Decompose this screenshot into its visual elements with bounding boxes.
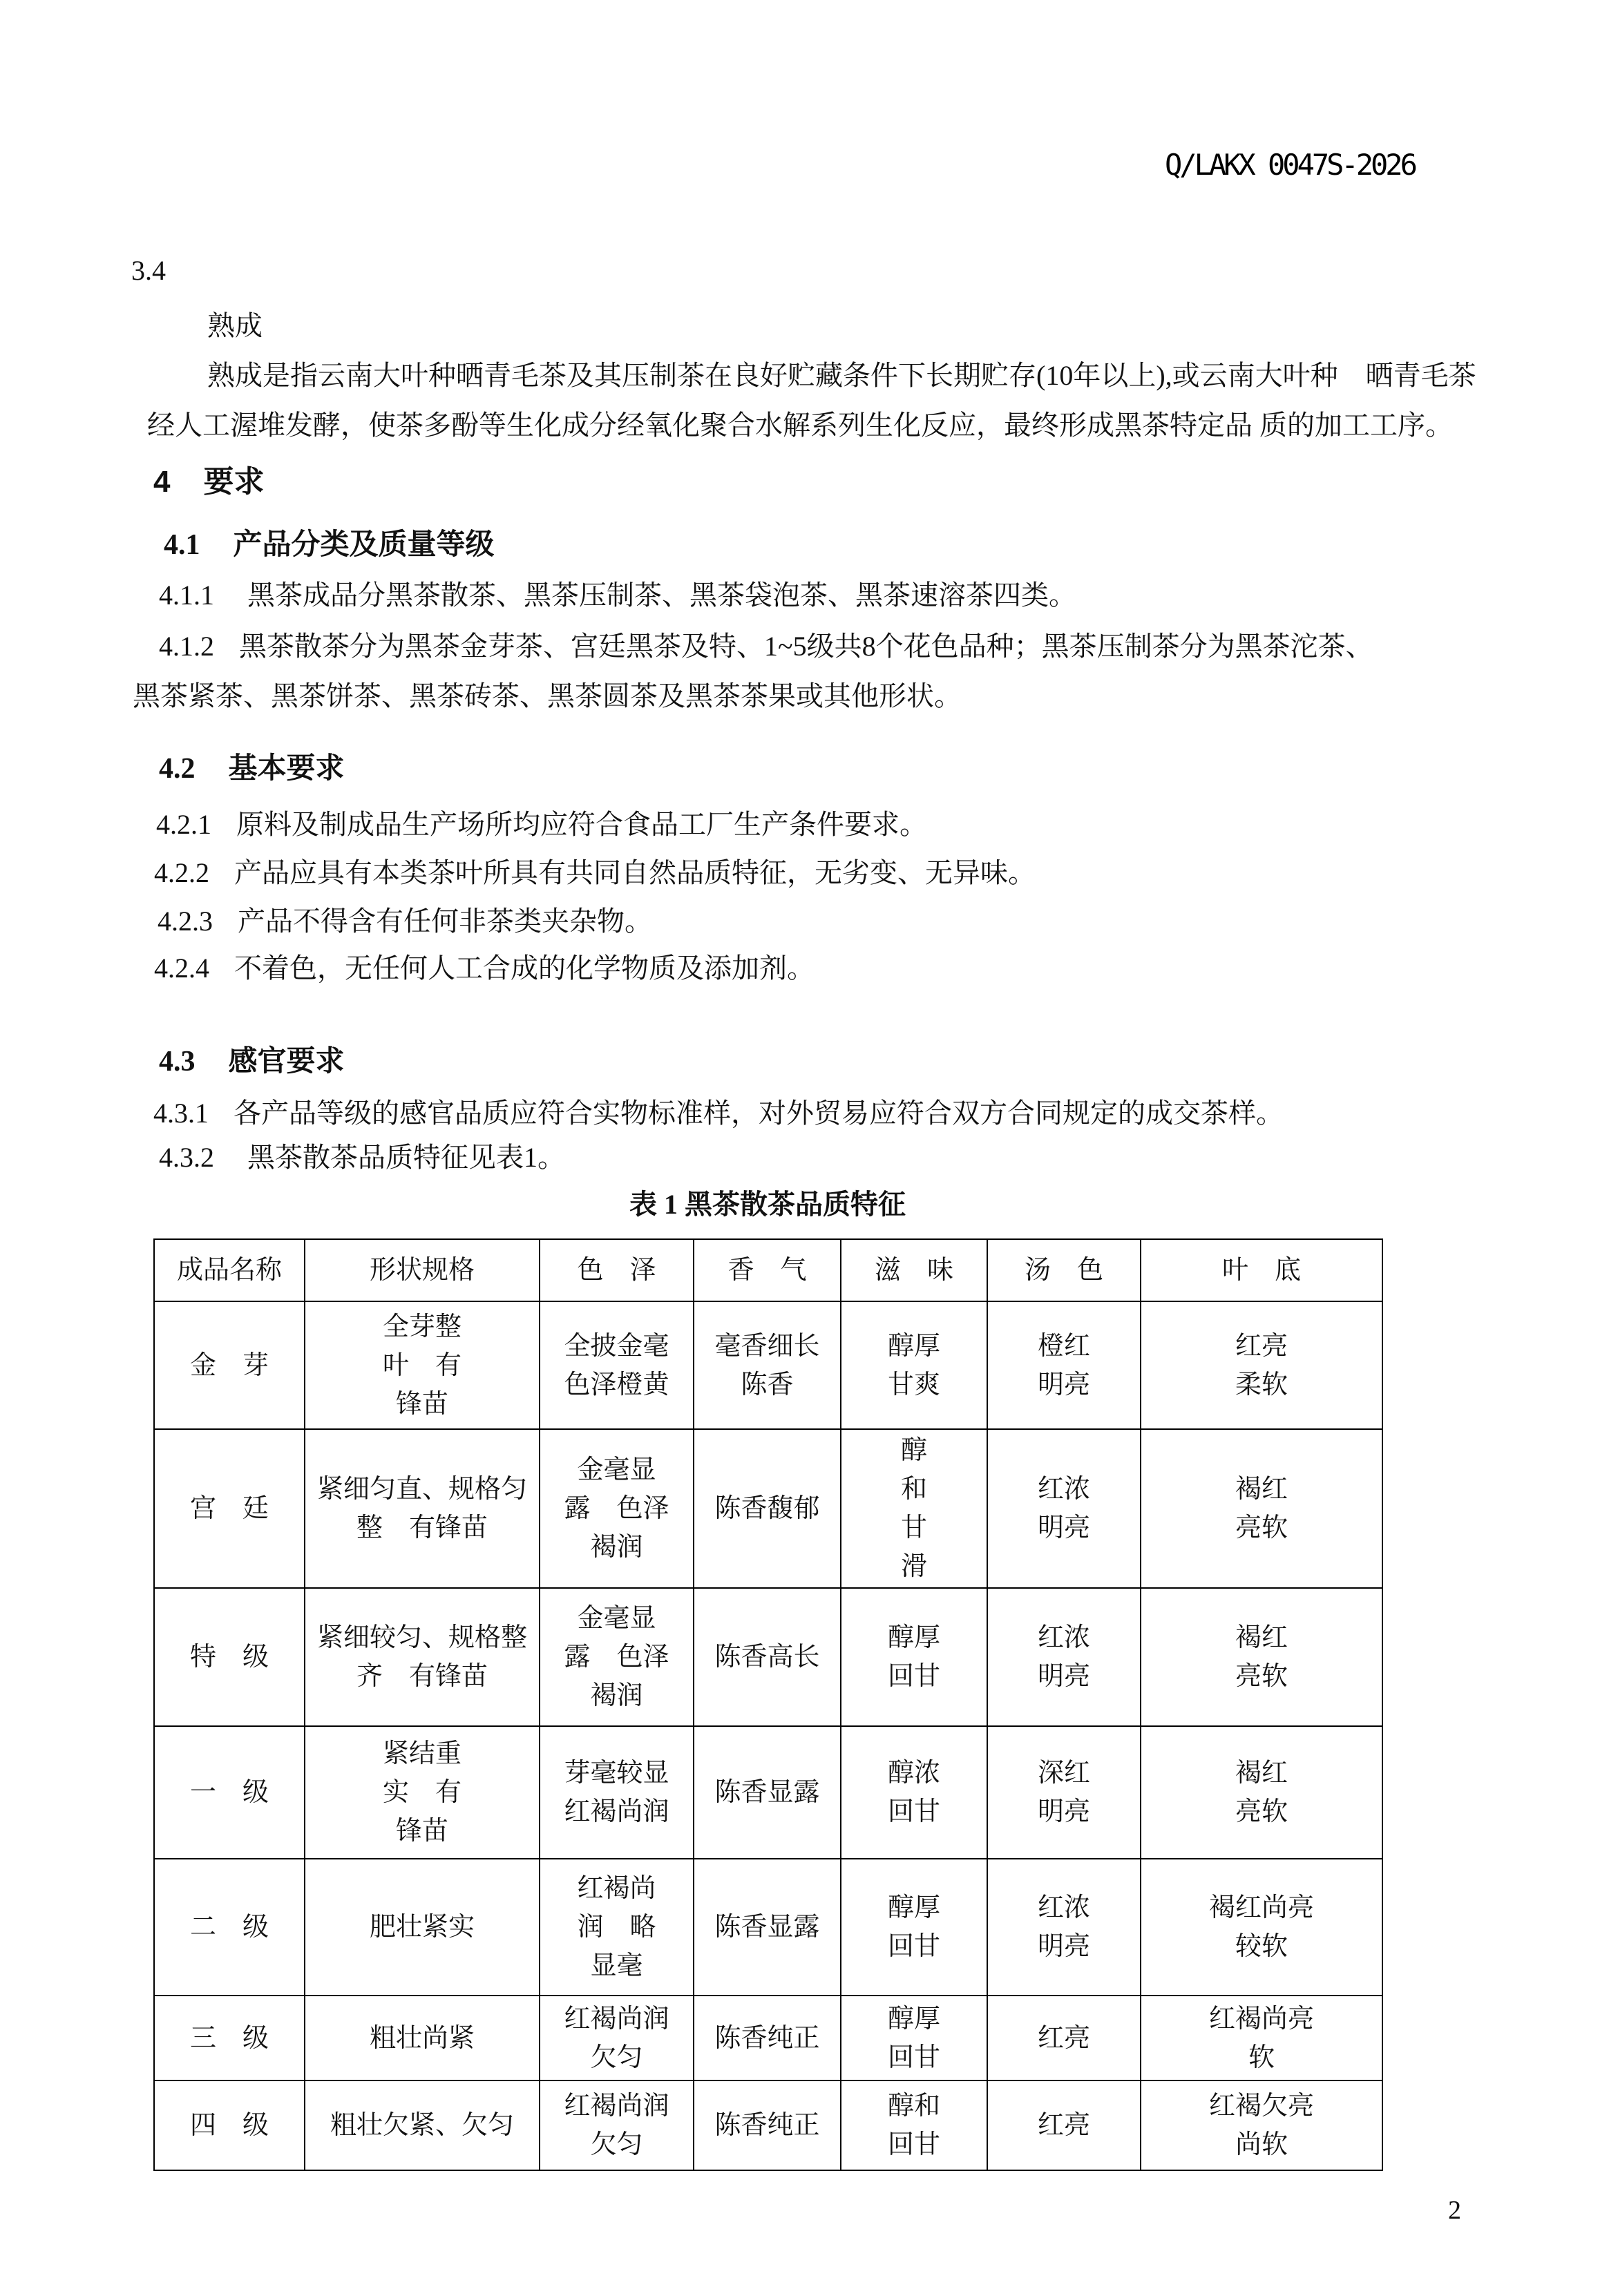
table-1-tea-quality: 成品名称 形状规格 色 泽 香 气 滋 味 汤 色 叶 底 金 芽 全芽整 叶 … xyxy=(153,1238,1383,2171)
section-4-number: 4 xyxy=(153,464,170,501)
clause-4-2-4-number: 4.2.4 xyxy=(154,952,209,985)
document-page: Q/LAKX 0047S-2026 3.4 熟成 熟成是指云南大叶种晒青毛茶及其… xyxy=(0,0,1618,2296)
clause-4-2-3: 4.2.3产品不得含有任何非茶类夹杂物。 xyxy=(158,905,652,938)
cell-liquor: 橙红 明亮 xyxy=(987,1301,1141,1429)
clause-4-2-2: 4.2.2产品应具有本类茶叶所具有共同自然品质特征，无劣变、无异味。 xyxy=(154,857,1036,890)
clause-4-1-2-line2: 黑茶紧茶、黑茶饼茶、黑茶砖茶、黑茶圆茶及黑茶茶果或其他形状。 xyxy=(133,680,962,713)
section-4-3-title: 感官要求 xyxy=(229,1044,345,1079)
cell-taste: 醇和 回甘 xyxy=(841,2080,987,2170)
cell-shape: 全芽整 叶 有 锋苗 xyxy=(305,1301,540,1429)
clause-4-2-2-number: 4.2.2 xyxy=(154,857,209,890)
clause-4-2-4: 4.2.4不着色，无任何人工合成的化学物质及添加剂。 xyxy=(154,952,815,985)
col-header-product-name: 成品名称 xyxy=(154,1239,305,1301)
cell-liquor: 红亮 xyxy=(987,1996,1141,2080)
col-header-taste: 滋 味 xyxy=(841,1239,987,1301)
cell-taste: 醇厚 回甘 xyxy=(841,1859,987,1996)
cell-aroma: 陈香纯正 xyxy=(694,1996,841,2080)
cell-name: 四 级 xyxy=(154,2080,305,2170)
cell-leaf: 红褐尚亮 软 xyxy=(1141,1996,1382,2080)
section-4-1-number: 4.1 xyxy=(164,528,200,562)
col-header-shape: 形状规格 xyxy=(305,1239,540,1301)
cell-liquor: 红亮 xyxy=(987,2080,1141,2170)
section-4-3-number: 4.3 xyxy=(159,1044,196,1079)
cell-taste: 醇浓 回甘 xyxy=(841,1726,987,1859)
cell-shape: 肥壮紧实 xyxy=(305,1859,540,1996)
table-row-grade-4: 四 级 粗壮欠紧、欠匀 红褐尚润 欠匀 陈香纯正 醇和 回甘 红亮 红褐欠亮 尚… xyxy=(154,2080,1382,2170)
clause-4-1-1-number: 4.1.1 xyxy=(159,579,214,612)
clause-4-2-3-text: 产品不得含有任何非茶类夹杂物。 xyxy=(238,905,652,938)
clause-4-2-1-text: 原料及制成品生产场所均应符合食品工厂生产条件要求。 xyxy=(236,808,927,841)
cell-name: 特 级 xyxy=(154,1588,305,1726)
term-definition-line2: 经人工渥堆发酵，使茶多酚等生化成分经氧化聚合水解系列生化反应，最终形成黑茶特定品… xyxy=(147,409,1453,442)
cell-shape: 粗壮尚紧 xyxy=(305,1996,540,2080)
table-1-caption: 表 1 黑茶散茶品质特征 xyxy=(153,1183,1382,1222)
section-4-title: 要求 xyxy=(203,464,264,501)
cell-shape: 紧细较匀、规格整 齐 有锋苗 xyxy=(305,1588,540,1726)
cell-taste: 醇厚 回甘 xyxy=(841,1996,987,2080)
cell-aroma: 陈香高长 xyxy=(694,1588,841,1726)
cell-aroma: 毫香细长 陈香 xyxy=(694,1301,841,1429)
cell-liquor: 红浓 明亮 xyxy=(987,1588,1141,1726)
clause-4-2-3-number: 4.2.3 xyxy=(158,905,213,938)
clause-4-1-2-number: 4.1.2 xyxy=(159,630,214,663)
cell-aroma: 陈香纯正 xyxy=(694,2080,841,2170)
cell-leaf: 红亮 柔软 xyxy=(1141,1301,1382,1429)
cell-liquor: 红浓 明亮 xyxy=(987,1859,1141,1996)
cell-shape: 粗壮欠紧、欠匀 xyxy=(305,2080,540,2170)
table-row-grade-1: 一 级 紧结重 实 有 锋苗 芽毫较显 红褐尚润 陈香显露 醇浓 回甘 深红 明… xyxy=(154,1726,1382,1859)
clause-4-3-1-text: 各产品等级的感官品质应符合实物标准样，对外贸易应符合双方合同规定的成交茶样。 xyxy=(234,1097,1284,1130)
section-4-2-number: 4.2 xyxy=(159,752,196,786)
cell-shape: 紧结重 实 有 锋苗 xyxy=(305,1726,540,1859)
clause-4-1-1: 4.1.1黑茶成品分黑茶散茶、黑茶压制茶、黑茶袋泡茶、黑茶速溶茶四类。 xyxy=(159,579,1076,612)
cell-color: 金毫显 露 色泽 褐润 xyxy=(540,1588,694,1726)
cell-name: 一 级 xyxy=(154,1726,305,1859)
clause-4-3-2-text: 黑茶散茶品质特征见表1。 xyxy=(247,1141,565,1174)
section-4-1-heading: 4.1产品分类及质量等级 xyxy=(164,528,495,562)
cell-name: 宫 廷 xyxy=(154,1429,305,1588)
cell-name: 二 级 xyxy=(154,1859,305,1996)
cell-shape: 紧细匀直、规格匀 整 有锋苗 xyxy=(305,1429,540,1588)
table-row-grade-3: 三 级 粗壮尚紧 红褐尚润 欠匀 陈香纯正 醇厚 回甘 红亮 红褐尚亮 软 xyxy=(154,1996,1382,2080)
clause-4-2-1-number: 4.2.1 xyxy=(156,808,211,841)
cell-color: 芽毫较显 红褐尚润 xyxy=(540,1726,694,1859)
doc-code: Q/LAKX 0047S-2026 xyxy=(1165,148,1415,182)
cell-color: 全披金毫 色泽橙黄 xyxy=(540,1301,694,1429)
col-header-infused-leaf: 叶 底 xyxy=(1141,1239,1382,1301)
col-header-color: 色 泽 xyxy=(540,1239,694,1301)
clause-4-1-1-text: 黑茶成品分黑茶散茶、黑茶压制茶、黑茶袋泡茶、黑茶速溶茶四类。 xyxy=(247,579,1076,612)
section-4-1-title: 产品分类及质量等级 xyxy=(234,528,495,562)
cell-taste: 醇厚 甘爽 xyxy=(841,1301,987,1429)
table-header-row: 成品名称 形状规格 色 泽 香 气 滋 味 汤 色 叶 底 xyxy=(154,1239,1382,1301)
clause-4-1-2-line1: 4.1.2黑茶散茶分为黑茶金芽茶、宫廷黑茶及特、1~5级共8个花色品种；黑茶压制… xyxy=(159,630,1373,663)
clause-4-1-2-text-line1: 黑茶散茶分为黑茶金芽茶、宫廷黑茶及特、1~5级共8个花色品种；黑茶压制茶分为黑茶… xyxy=(239,630,1373,663)
section-4-heading: 4要求 xyxy=(153,464,264,501)
term-title: 熟成 xyxy=(207,309,263,343)
clause-4-3-2-number: 4.3.2 xyxy=(159,1141,214,1174)
section-4-2-heading: 4.2基本要求 xyxy=(159,752,345,786)
cell-leaf: 褐红 亮软 xyxy=(1141,1429,1382,1588)
cell-aroma: 陈香馥郁 xyxy=(694,1429,841,1588)
cell-taste: 醇厚 回甘 xyxy=(841,1588,987,1726)
cell-color: 红褐尚 润 略 显毫 xyxy=(540,1859,694,1996)
clause-3-4-number: 3.4 xyxy=(131,254,166,287)
cell-name: 三 级 xyxy=(154,1996,305,2080)
cell-name: 金 芽 xyxy=(154,1301,305,1429)
cell-aroma: 陈香显露 xyxy=(694,1726,841,1859)
cell-liquor: 深红 明亮 xyxy=(987,1726,1141,1859)
cell-leaf: 褐红尚亮 较软 xyxy=(1141,1859,1382,1996)
cell-leaf: 红褐欠亮 尚软 xyxy=(1141,2080,1382,2170)
table-row-gongting: 宫 廷 紧细匀直、规格匀 整 有锋苗 金毫显 露 色泽 褐润 陈香馥郁 醇 和 … xyxy=(154,1429,1382,1588)
clause-4-2-4-text: 不着色，无任何人工合成的化学物质及添加剂。 xyxy=(234,952,815,985)
clause-4-2-1: 4.2.1原料及制成品生产场所均应符合食品工厂生产条件要求。 xyxy=(156,808,927,841)
clause-4-3-1-number: 4.3.1 xyxy=(153,1097,209,1130)
cell-leaf: 褐红 亮软 xyxy=(1141,1726,1382,1859)
section-4-2-title: 基本要求 xyxy=(229,752,345,786)
section-4-3-heading: 4.3感官要求 xyxy=(159,1044,345,1079)
clause-4-2-2-text: 产品应具有本类茶叶所具有共同自然品质特征，无劣变、无异味。 xyxy=(234,857,1036,890)
clause-4-3-2: 4.3.2黑茶散茶品质特征见表1。 xyxy=(159,1141,565,1174)
cell-aroma: 陈香显露 xyxy=(694,1859,841,1996)
table-row-grade-2: 二 级 肥壮紧实 红褐尚 润 略 显毫 陈香显露 醇厚 回甘 红浓 明亮 褐红尚… xyxy=(154,1859,1382,1996)
table-row-special-grade: 特 级 紧细较匀、规格整 齐 有锋苗 金毫显 露 色泽 褐润 陈香高长 醇厚 回… xyxy=(154,1588,1382,1726)
cell-color: 红褐尚润 欠匀 xyxy=(540,1996,694,2080)
table-row-golden-bud: 金 芽 全芽整 叶 有 锋苗 全披金毫 色泽橙黄 毫香细长 陈香 醇厚 甘爽 橙… xyxy=(154,1301,1382,1429)
clause-4-3-1: 4.3.1各产品等级的感官品质应符合实物标准样，对外贸易应符合双方合同规定的成交… xyxy=(153,1097,1284,1130)
page-number: 2 xyxy=(1448,2195,1461,2226)
cell-color: 红褐尚润 欠匀 xyxy=(540,2080,694,2170)
col-header-aroma: 香 气 xyxy=(694,1239,841,1301)
term-definition-line1: 熟成是指云南大叶种晒青毛茶及其压制茶在良好贮藏条件下长期贮存(10年以上),或云… xyxy=(207,359,1476,392)
col-header-liquor-color: 汤 色 xyxy=(987,1239,1141,1301)
cell-leaf: 褐红 亮软 xyxy=(1141,1588,1382,1726)
cell-liquor: 红浓 明亮 xyxy=(987,1429,1141,1588)
cell-color: 金毫显 露 色泽 褐润 xyxy=(540,1429,694,1588)
cell-taste: 醇 和 甘 滑 xyxy=(841,1429,987,1588)
